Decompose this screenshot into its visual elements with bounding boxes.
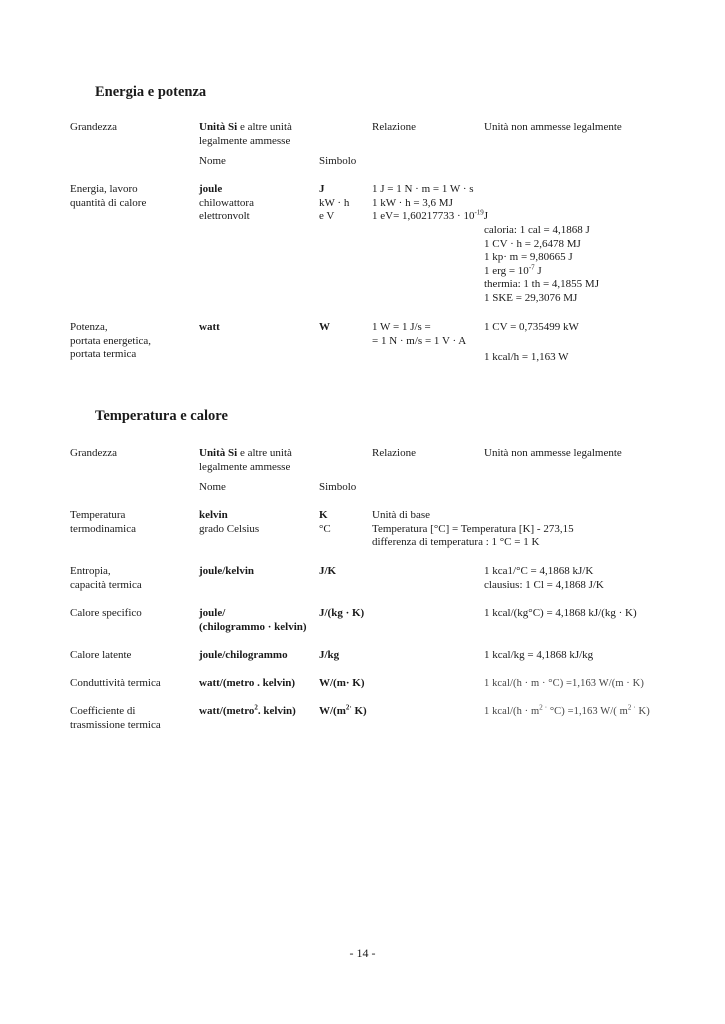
header-unita-rest: e altre unità xyxy=(237,447,292,459)
section-title-energia: Energia e potenza xyxy=(95,86,206,100)
header-nome: Nome xyxy=(199,481,226,495)
row-conduttivita-nome: watt/(metro . kelvin) xyxy=(199,677,295,691)
grandezza-line: Entropia, xyxy=(70,565,142,579)
row-entropia-nome: joule/kelvin xyxy=(199,565,254,579)
row-potenza-grandezza: Potenza, portata energetica, portata ter… xyxy=(70,321,151,362)
non-ammessa-line: clausius: 1 Cl = 4,1868 J/K xyxy=(484,579,604,593)
relazione-line: = 1 N · m/s = 1 V · A xyxy=(372,335,466,349)
simbolo-kwh: kW · h xyxy=(319,197,349,211)
row-temperatura-grandezza: Temperatura termodinamica xyxy=(70,509,136,536)
row-temperatura-nomi: kelvin grado Celsius xyxy=(199,509,259,536)
row-potenza-cv: 1 CV = 0,735499 kW xyxy=(484,321,579,335)
page-number: - 14 - xyxy=(0,947,725,961)
row-energia-nomi: joule chilowattora elettronvolt xyxy=(199,183,254,224)
row-conduttivita-simbolo: W/(m· K) xyxy=(319,677,365,691)
relazione-line: 1 kW · h = 3,6 MJ xyxy=(372,197,488,211)
grandezza-line: termodinamica xyxy=(70,523,136,537)
row-potenza-kcalh: 1 kcal/h = 1,163 W xyxy=(484,351,569,365)
header-unita-bold: Unità Si xyxy=(199,121,237,133)
grandezza-line: portata energetica, xyxy=(70,335,151,349)
grandezza-line: portata termica xyxy=(70,348,151,362)
nome-kelvin: kelvin xyxy=(199,509,259,523)
relazione-ev-base: 1 eV= 1,60217733 · 10 xyxy=(372,210,474,222)
na-pre: 1 kcal/(h · m xyxy=(484,706,539,717)
row-conduttivita-grandezza: Conduttività termica xyxy=(70,677,161,691)
row-calore-specifico-nome: joule/ (chilogrammo · kelvin) xyxy=(199,607,307,634)
header-unita-line2: legalmente ammesse xyxy=(199,135,290,147)
simbolo-j: J xyxy=(319,183,349,197)
relazione-line: 1 W = 1 J/s = xyxy=(372,321,466,335)
row-energia-grandezza: Energia, lavoro quantità di calore xyxy=(70,183,146,210)
row-temperatura-relazioni: Unità di base Temperatura [°C] = Tempera… xyxy=(372,509,574,550)
grandezza-line: trasmissione termica xyxy=(70,719,161,733)
simbolo-celsius: °C xyxy=(319,523,331,537)
header-unita-line2: legalmente ammesse xyxy=(199,461,290,473)
section-title-temperatura: Temperatura e calore xyxy=(95,410,228,424)
header-relazione: Relazione xyxy=(372,121,416,135)
header-unita: Unità Si e altre unitàlegalmente ammesse xyxy=(199,121,292,148)
relazione-ev-exp: -19 xyxy=(474,208,483,216)
nome-line: joule/ xyxy=(199,607,307,621)
grandezza-line: Coefficiente di xyxy=(70,705,161,719)
row-coefficiente-simbolo: W/(m2· K) xyxy=(319,705,367,719)
simbolo-ev: e V xyxy=(319,210,349,224)
non-ammessa-line: 1 CV · h = 2,6478 MJ xyxy=(484,238,599,252)
row-energia-simboli: J kW · h e V xyxy=(319,183,349,224)
header-simbolo: Simbolo xyxy=(319,155,356,169)
row-calore-specifico-grandezza: Calore specifico xyxy=(70,607,142,621)
row-coefficiente-grandezza: Coefficiente di trasmissione termica xyxy=(70,705,161,732)
na-sup1: 2 · xyxy=(539,704,547,712)
relazione-line: Unità di base xyxy=(372,509,574,523)
row-calore-latente-grandezza: Calore latente xyxy=(70,649,131,663)
non-ammessa-line: 1 kp· m = 9,80665 J xyxy=(484,251,599,265)
header-non-ammesse: Unità non ammesse legalmente xyxy=(484,121,622,135)
nome-elettronvolt: elettronvolt xyxy=(199,210,254,224)
non-ammessa-line: thermia: 1 th = 4,1855 MJ xyxy=(484,278,599,292)
row-coefficiente-nome: watt/(metro2. kelvin) xyxy=(199,705,296,719)
relazione-ev-unit: J xyxy=(484,210,488,222)
row-temperatura-simboli: K °C xyxy=(319,509,331,536)
row-potenza-nome: watt xyxy=(199,321,220,335)
grandezza-line: quantità di calore xyxy=(70,197,146,211)
nome-post: . kelvin) xyxy=(258,705,296,717)
erg-unit: J xyxy=(535,265,542,277)
row-potenza-relazioni: 1 W = 1 J/s = = 1 N · m/s = 1 V · A xyxy=(372,321,466,348)
non-ammessa-line: caloria: 1 cal = 4,1868 J xyxy=(484,224,599,238)
header-grandezza: Grandezza xyxy=(70,121,117,135)
header-grandezza: Grandezza xyxy=(70,447,117,461)
row-entropia-simbolo: J/K xyxy=(319,565,336,579)
simbolo-post: K) xyxy=(352,705,367,717)
header-non-ammesse: Unità non ammesse legalmente xyxy=(484,447,622,461)
header-unita-bold: Unità Si xyxy=(199,447,237,459)
na-mid: °C) =1,163 W/( m xyxy=(547,706,628,717)
simbolo-pre: W/(m xyxy=(319,705,346,717)
nome-pre: watt/(metro xyxy=(199,705,254,717)
grandezza-line: Energia, lavoro xyxy=(70,183,146,197)
row-calore-specifico-non-ammesse: 1 kcal/(kg°C) = 4,1868 kJ/(kg · K) xyxy=(484,607,637,621)
non-ammessa-line: 1 erg = 10-7 J xyxy=(484,265,599,279)
row-calore-latente-non-ammesse: 1 kcal/kg = 4,1868 kJ/kg xyxy=(484,649,593,663)
relazione-line: Temperatura [°C] = Temperatura [K] - 273… xyxy=(372,523,574,537)
non-ammessa-line: 1 kca1/°C = 4,1868 kJ/K xyxy=(484,565,604,579)
row-entropia-non-ammesse: 1 kca1/°C = 4,1868 kJ/K clausius: 1 Cl =… xyxy=(484,565,604,592)
relazione-line: 1 eV= 1,60217733 · 10-19J xyxy=(372,210,488,224)
row-energia-non-ammesse: caloria: 1 cal = 4,1868 J 1 CV · h = 2,6… xyxy=(484,224,599,305)
na-sup2: 2 · xyxy=(628,704,636,712)
row-conduttivita-non-ammesse: 1 kcal/(h · m · °C) =1,163 W/(m · K) xyxy=(484,677,644,691)
header-simbolo: Simbolo xyxy=(319,481,356,495)
na-post: K) xyxy=(636,706,650,717)
header-unita: Unità Si e altre unitàlegalmente ammesse xyxy=(199,447,292,474)
row-potenza-simbolo: W xyxy=(319,321,330,335)
row-coefficiente-non-ammesse: 1 kcal/(h · m2 · °C) =1,163 W/( m2 · K) xyxy=(484,705,650,719)
simbolo-k: K xyxy=(319,509,331,523)
row-calore-latente-simbolo: J/kg xyxy=(319,649,339,663)
grandezza-line: capacità termica xyxy=(70,579,142,593)
header-relazione: Relazione xyxy=(372,447,416,461)
relazione-line: differenza di temperatura : 1 °C = 1 K xyxy=(372,536,574,550)
relazione-line: 1 J = 1 N · m = 1 W · s xyxy=(372,183,488,197)
header-unita-rest: e altre unità xyxy=(237,121,292,133)
nome-joule: joule xyxy=(199,183,254,197)
nome-grado-celsius: grado Celsius xyxy=(199,523,259,537)
non-ammessa-line: 1 SKE = 29,3076 MJ xyxy=(484,292,599,306)
nome-chilowattora: chilowattora xyxy=(199,197,254,211)
row-calore-specifico-simbolo: J/(kg · K) xyxy=(319,607,364,621)
grandezza-line: Potenza, xyxy=(70,321,151,335)
row-calore-latente-nome: joule/chilogrammo xyxy=(199,649,288,663)
nome-line: (chilogrammo · kelvin) xyxy=(199,621,307,635)
erg-base: 1 erg = 10 xyxy=(484,265,529,277)
grandezza-line: Temperatura xyxy=(70,509,136,523)
row-energia-relazioni: 1 J = 1 N · m = 1 W · s 1 kW · h = 3,6 M… xyxy=(372,183,488,224)
header-nome: Nome xyxy=(199,155,226,169)
row-entropia-grandezza: Entropia, capacità termica xyxy=(70,565,142,592)
